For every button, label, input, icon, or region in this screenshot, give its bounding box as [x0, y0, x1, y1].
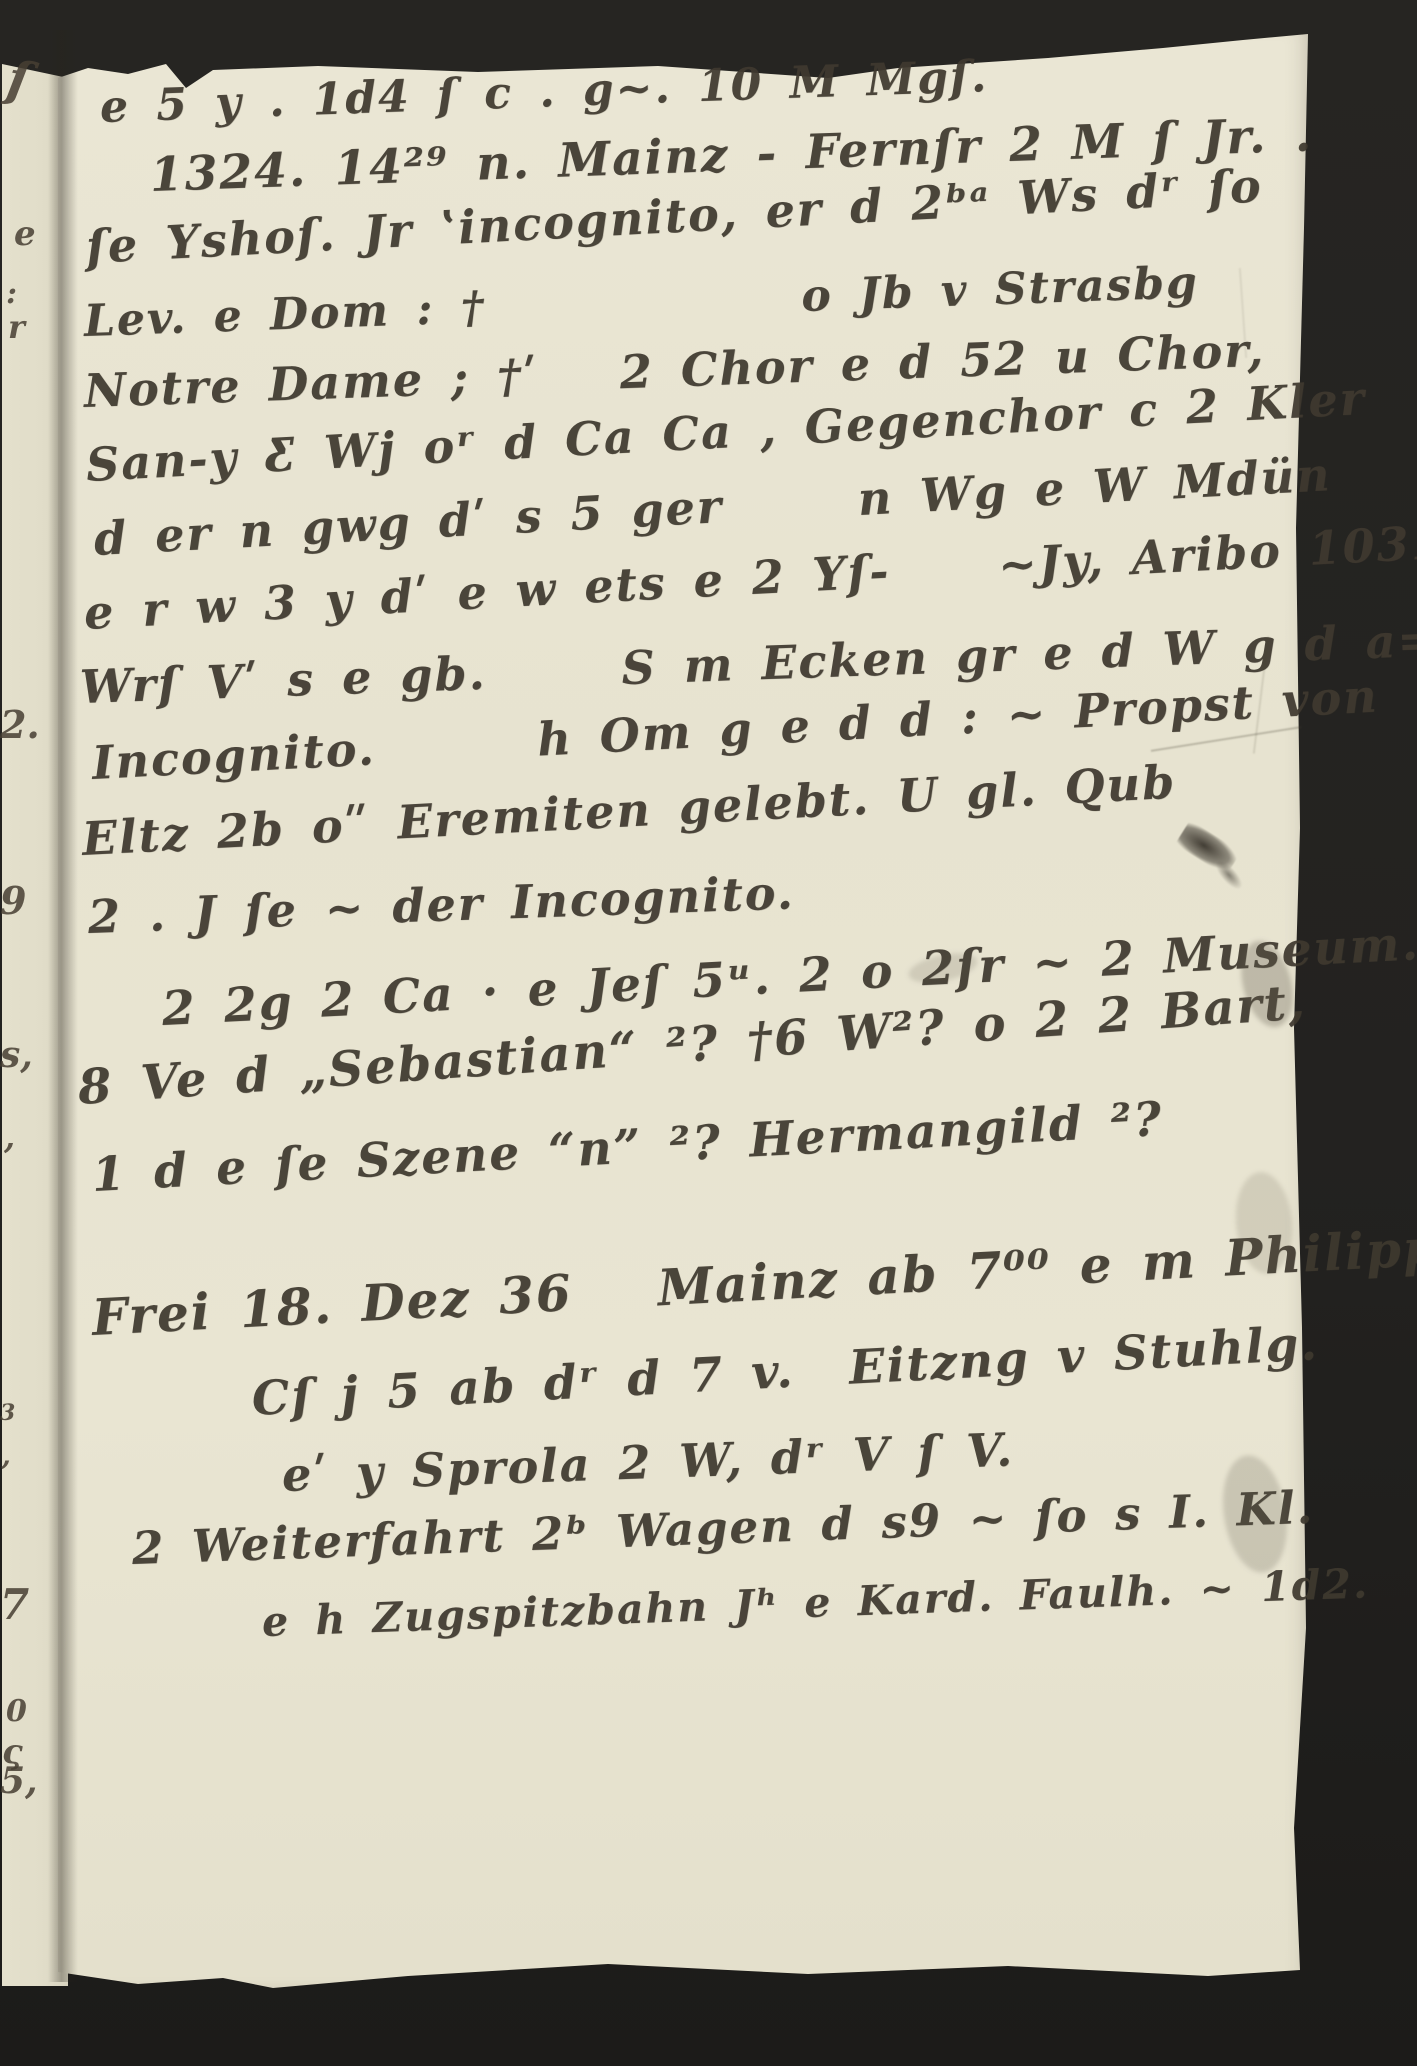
sliver-fragment: ʼ [0, 1456, 10, 1491]
sliver-fragment: 3 [0, 1400, 15, 1426]
sliver-fragment: 9 [0, 878, 26, 923]
manuscript-scan: ſ e : r 2. 9 s, , 3 ʼ 7 0 ς 5, e 5 y . 1… [0, 0, 1417, 2066]
sliver-fragment: s, [0, 1034, 33, 1076]
sliver-fragment: : [6, 276, 17, 311]
sliver-fragment: r [8, 308, 25, 346]
sliver-fragment: , [4, 1118, 15, 1156]
sliver-fragment: 2. [0, 702, 40, 747]
sliver-fragment: e [14, 214, 36, 254]
page-gutter-shadow [48, 30, 78, 1982]
sliver-fragment: 7 [0, 1580, 29, 1629]
sliver-fragment: 0 [6, 1694, 27, 1729]
sliver-fragment: 5, [0, 1760, 38, 1802]
